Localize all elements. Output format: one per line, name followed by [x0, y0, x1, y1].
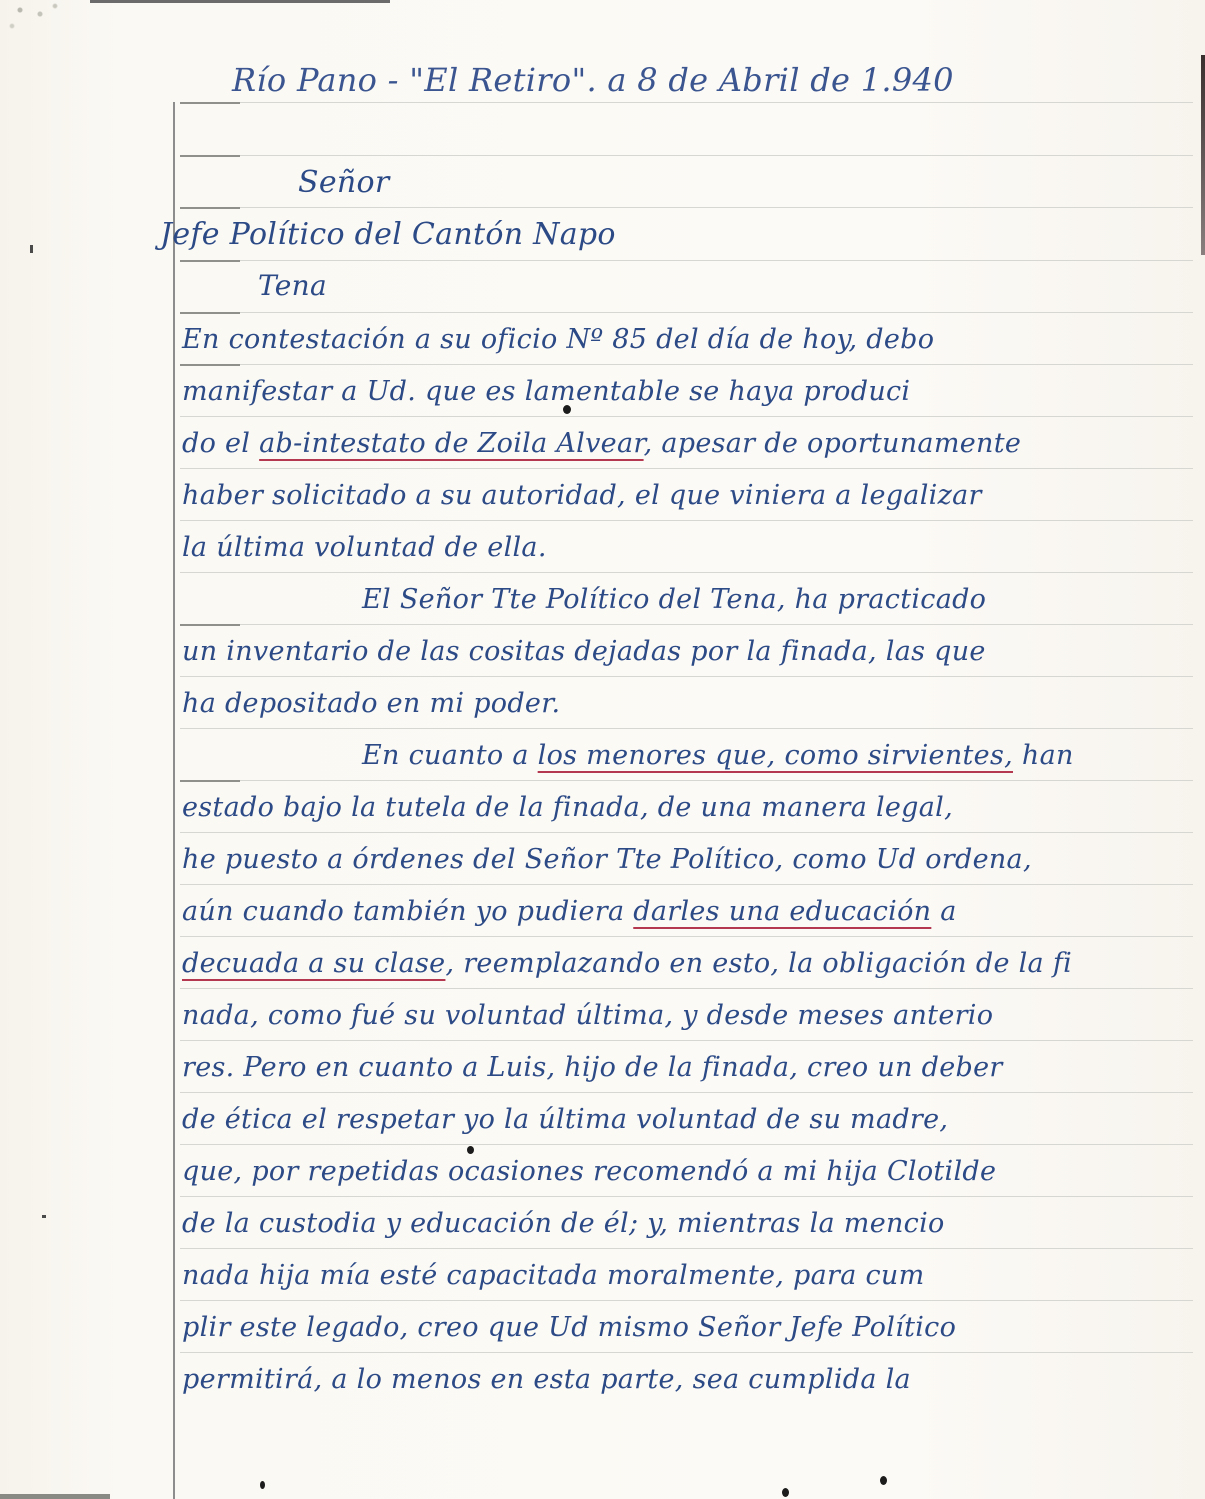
- body-line: En contestación a su oficio Nº 85 del dí…: [182, 326, 1187, 353]
- ruled-line: [180, 1092, 1193, 1093]
- body-line: plir este legado, creo que Ud mismo Seño…: [182, 1314, 1187, 1341]
- line-text: do el: [182, 428, 259, 459]
- body-line: aún cuando también yo pudiera darles una…: [182, 898, 1187, 925]
- ruled-line: [180, 155, 1193, 156]
- ink-dot: [260, 1481, 265, 1489]
- line-text: estado bajo la tutela de la finada, de u…: [182, 792, 953, 823]
- body-line: decuada a su clase, reemplazando en esto…: [182, 950, 1187, 977]
- underlined-phrase: darles una educación: [633, 896, 931, 927]
- underlined-phrase: los menores que, como sirvientes,: [538, 740, 1013, 771]
- ruled-line: [180, 1040, 1193, 1041]
- body-line: nada hija mía esté capacitada moralmente…: [182, 1262, 1187, 1289]
- line-text: En contestación a su oficio Nº 85 del dí…: [182, 324, 934, 355]
- body-line: la última voluntad de ella.: [182, 534, 1187, 561]
- ruled-line: [180, 1300, 1193, 1301]
- ruled-line: [180, 520, 1193, 521]
- body-line: he puesto a órdenes del Señor Tte Políti…: [182, 846, 1187, 873]
- line-text: la última voluntad de ella.: [182, 532, 547, 563]
- line-text: nada hija mía esté capacitada moralmente…: [182, 1260, 925, 1291]
- ruled-line: [180, 624, 1193, 625]
- ruled-line: [180, 312, 1193, 313]
- ruled-line: [180, 1248, 1193, 1249]
- ruled-line: [180, 207, 1193, 208]
- place-date-line: Río Pano - "El Retiro". a 8 de Abril de …: [232, 64, 1187, 96]
- ruled-line: [180, 676, 1193, 677]
- body-line: de ética el respetar yo la última volunt…: [182, 1106, 1187, 1133]
- line-text: un inventario de las cositas dejadas por…: [182, 636, 986, 667]
- paper-speckle: [0, 0, 70, 36]
- body-line: nada, como fué su voluntad última, y des…: [182, 1002, 1187, 1029]
- line-text: aún cuando también yo pudiera: [182, 896, 633, 927]
- ruled-line: [180, 416, 1193, 417]
- ink-dot: [782, 1488, 789, 1497]
- line-text: ha depositado en mi poder.: [182, 688, 560, 719]
- addressee-city: Tena: [258, 272, 1187, 300]
- ruled-line: [180, 780, 1193, 781]
- addressee: Jefe Político del Cantón Napo: [160, 220, 1187, 250]
- line-text: de la custodia y educación de él; y, mie…: [182, 1208, 945, 1239]
- line-text: nada, como fué su voluntad última, y des…: [182, 1000, 993, 1031]
- page-right-edge: [1201, 55, 1205, 255]
- ink-dot: [563, 405, 571, 414]
- ruled-line: [180, 1144, 1193, 1145]
- ruled-line: [180, 364, 1193, 365]
- body-line: permitirá, a lo menos en esta parte, sea…: [182, 1366, 1187, 1393]
- ruled-line: [180, 832, 1193, 833]
- ink-dot: [467, 1146, 474, 1154]
- ruled-line: [180, 728, 1193, 729]
- body-line: res. Pero en cuanto a Luis, hijo de la f…: [182, 1054, 1187, 1081]
- underlined-phrase: ab-intestato de Zoila Alvear: [259, 428, 643, 459]
- ruled-line: [180, 572, 1193, 573]
- line-text: res. Pero en cuanto a Luis, hijo de la f…: [182, 1052, 1003, 1083]
- body-line: El Señor Tte Político del Tena, ha pract…: [182, 586, 1187, 613]
- line-text: plir este legado, creo que Ud mismo Seño…: [182, 1312, 956, 1343]
- ruled-line: [180, 988, 1193, 989]
- line-text: que, por repetidas ocasiones recomendó a…: [182, 1156, 996, 1187]
- ruled-line: [180, 102, 1193, 103]
- edge-mark: [30, 245, 33, 253]
- body-line: un inventario de las cositas dejadas por…: [182, 638, 1187, 665]
- line-text: han: [1013, 740, 1074, 771]
- line-text: permitirá, a lo menos en esta parte, sea…: [182, 1364, 911, 1395]
- ink-dot: [880, 1476, 887, 1485]
- page-top-edge: [90, 0, 390, 3]
- line-text: El Señor Tte Político del Tena, ha pract…: [362, 584, 986, 615]
- ruled-line: [180, 936, 1193, 937]
- line-text: , apesar de oportunamente: [644, 428, 1022, 459]
- line-text: a: [931, 896, 956, 927]
- line-text: de ética el respetar yo la última volunt…: [182, 1104, 948, 1135]
- ruled-line: [180, 1196, 1193, 1197]
- ruled-line: [180, 468, 1193, 469]
- line-text: En cuanto a: [362, 740, 538, 771]
- line-text: he puesto a órdenes del Señor Tte Políti…: [182, 844, 1032, 875]
- body-line: manifestar a Ud. que es lamentable se ha…: [182, 378, 1187, 405]
- body-line: haber solicitado a su autoridad, el que …: [182, 482, 1187, 509]
- edge-mark: [42, 1215, 46, 1218]
- ruled-line: [180, 260, 1193, 261]
- salutation: Señor: [298, 168, 1187, 198]
- ruled-line: [180, 1352, 1193, 1353]
- body-line: de la custodia y educación de él; y, mie…: [182, 1210, 1187, 1237]
- margin-line: [173, 102, 175, 1499]
- underlined-phrase: decuada a su clase: [182, 948, 445, 979]
- page-bottom-edge: [0, 1494, 110, 1499]
- body-line: do el ab-intestato de Zoila Alvear, apes…: [182, 430, 1187, 457]
- line-text: manifestar a Ud. que es lamentable se ha…: [182, 376, 910, 407]
- body-line: estado bajo la tutela de la finada, de u…: [182, 794, 1187, 821]
- body-line: En cuanto a los menores que, como sirvie…: [182, 742, 1187, 769]
- ruled-line: [180, 884, 1193, 885]
- body-line: que, por repetidas ocasiones recomendó a…: [182, 1158, 1187, 1185]
- line-text: , reemplazando en esto, la obligación de…: [445, 948, 1072, 979]
- body-line: ha depositado en mi poder.: [182, 690, 1187, 717]
- line-text: haber solicitado a su autoridad, el que …: [182, 480, 982, 511]
